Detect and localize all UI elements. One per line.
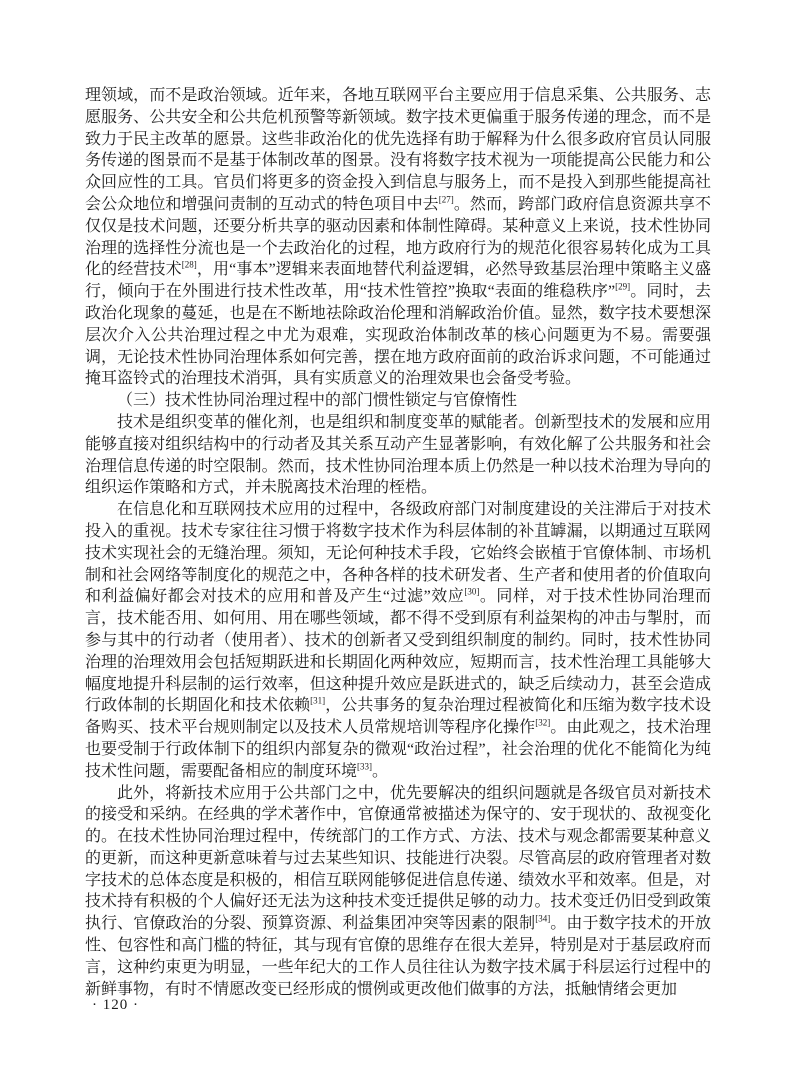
citation-ref: [33]: [357, 761, 372, 771]
document-page: 理领域，而不是政治领域。近年来，各地互联网平台主要应用于信息采集、公共服务、志愿…: [0, 0, 793, 1077]
citation-ref: [29]: [615, 282, 630, 292]
citation-ref: [31]: [310, 696, 325, 706]
paragraph: 此外，将新技术应用于公共部门之中，优先要解决的组织问题就是各级官员对新技术的接受…: [85, 783, 711, 1001]
page-number: · 120 ·: [92, 997, 139, 1014]
citation-ref: [28]: [182, 260, 197, 270]
citation-ref: [34]: [535, 914, 550, 924]
paragraph: 技术是组织变革的催化剂，也是组织和制度变革的赋能者。创新型技术的发展和应用能够直…: [85, 412, 711, 499]
paragraph: 在信息化和互联网技术应用的过程中，各级政府部门对制度建设的关注滞后于对技术投入的…: [85, 499, 711, 782]
paragraph: 理领域，而不是政治领域。近年来，各地互联网平台主要应用于信息采集、公共服务、志愿…: [85, 85, 711, 390]
article-body: 理领域，而不是政治领域。近年来，各地互联网平台主要应用于信息采集、公共服务、志愿…: [85, 85, 711, 1000]
citation-ref: [32]: [535, 718, 550, 728]
section-heading: （三）技术性协同治理过程中的部门惯性锁定与官僚惰性: [85, 390, 711, 412]
citation-ref: [30]: [464, 587, 479, 597]
citation-ref: [27]: [439, 195, 454, 205]
